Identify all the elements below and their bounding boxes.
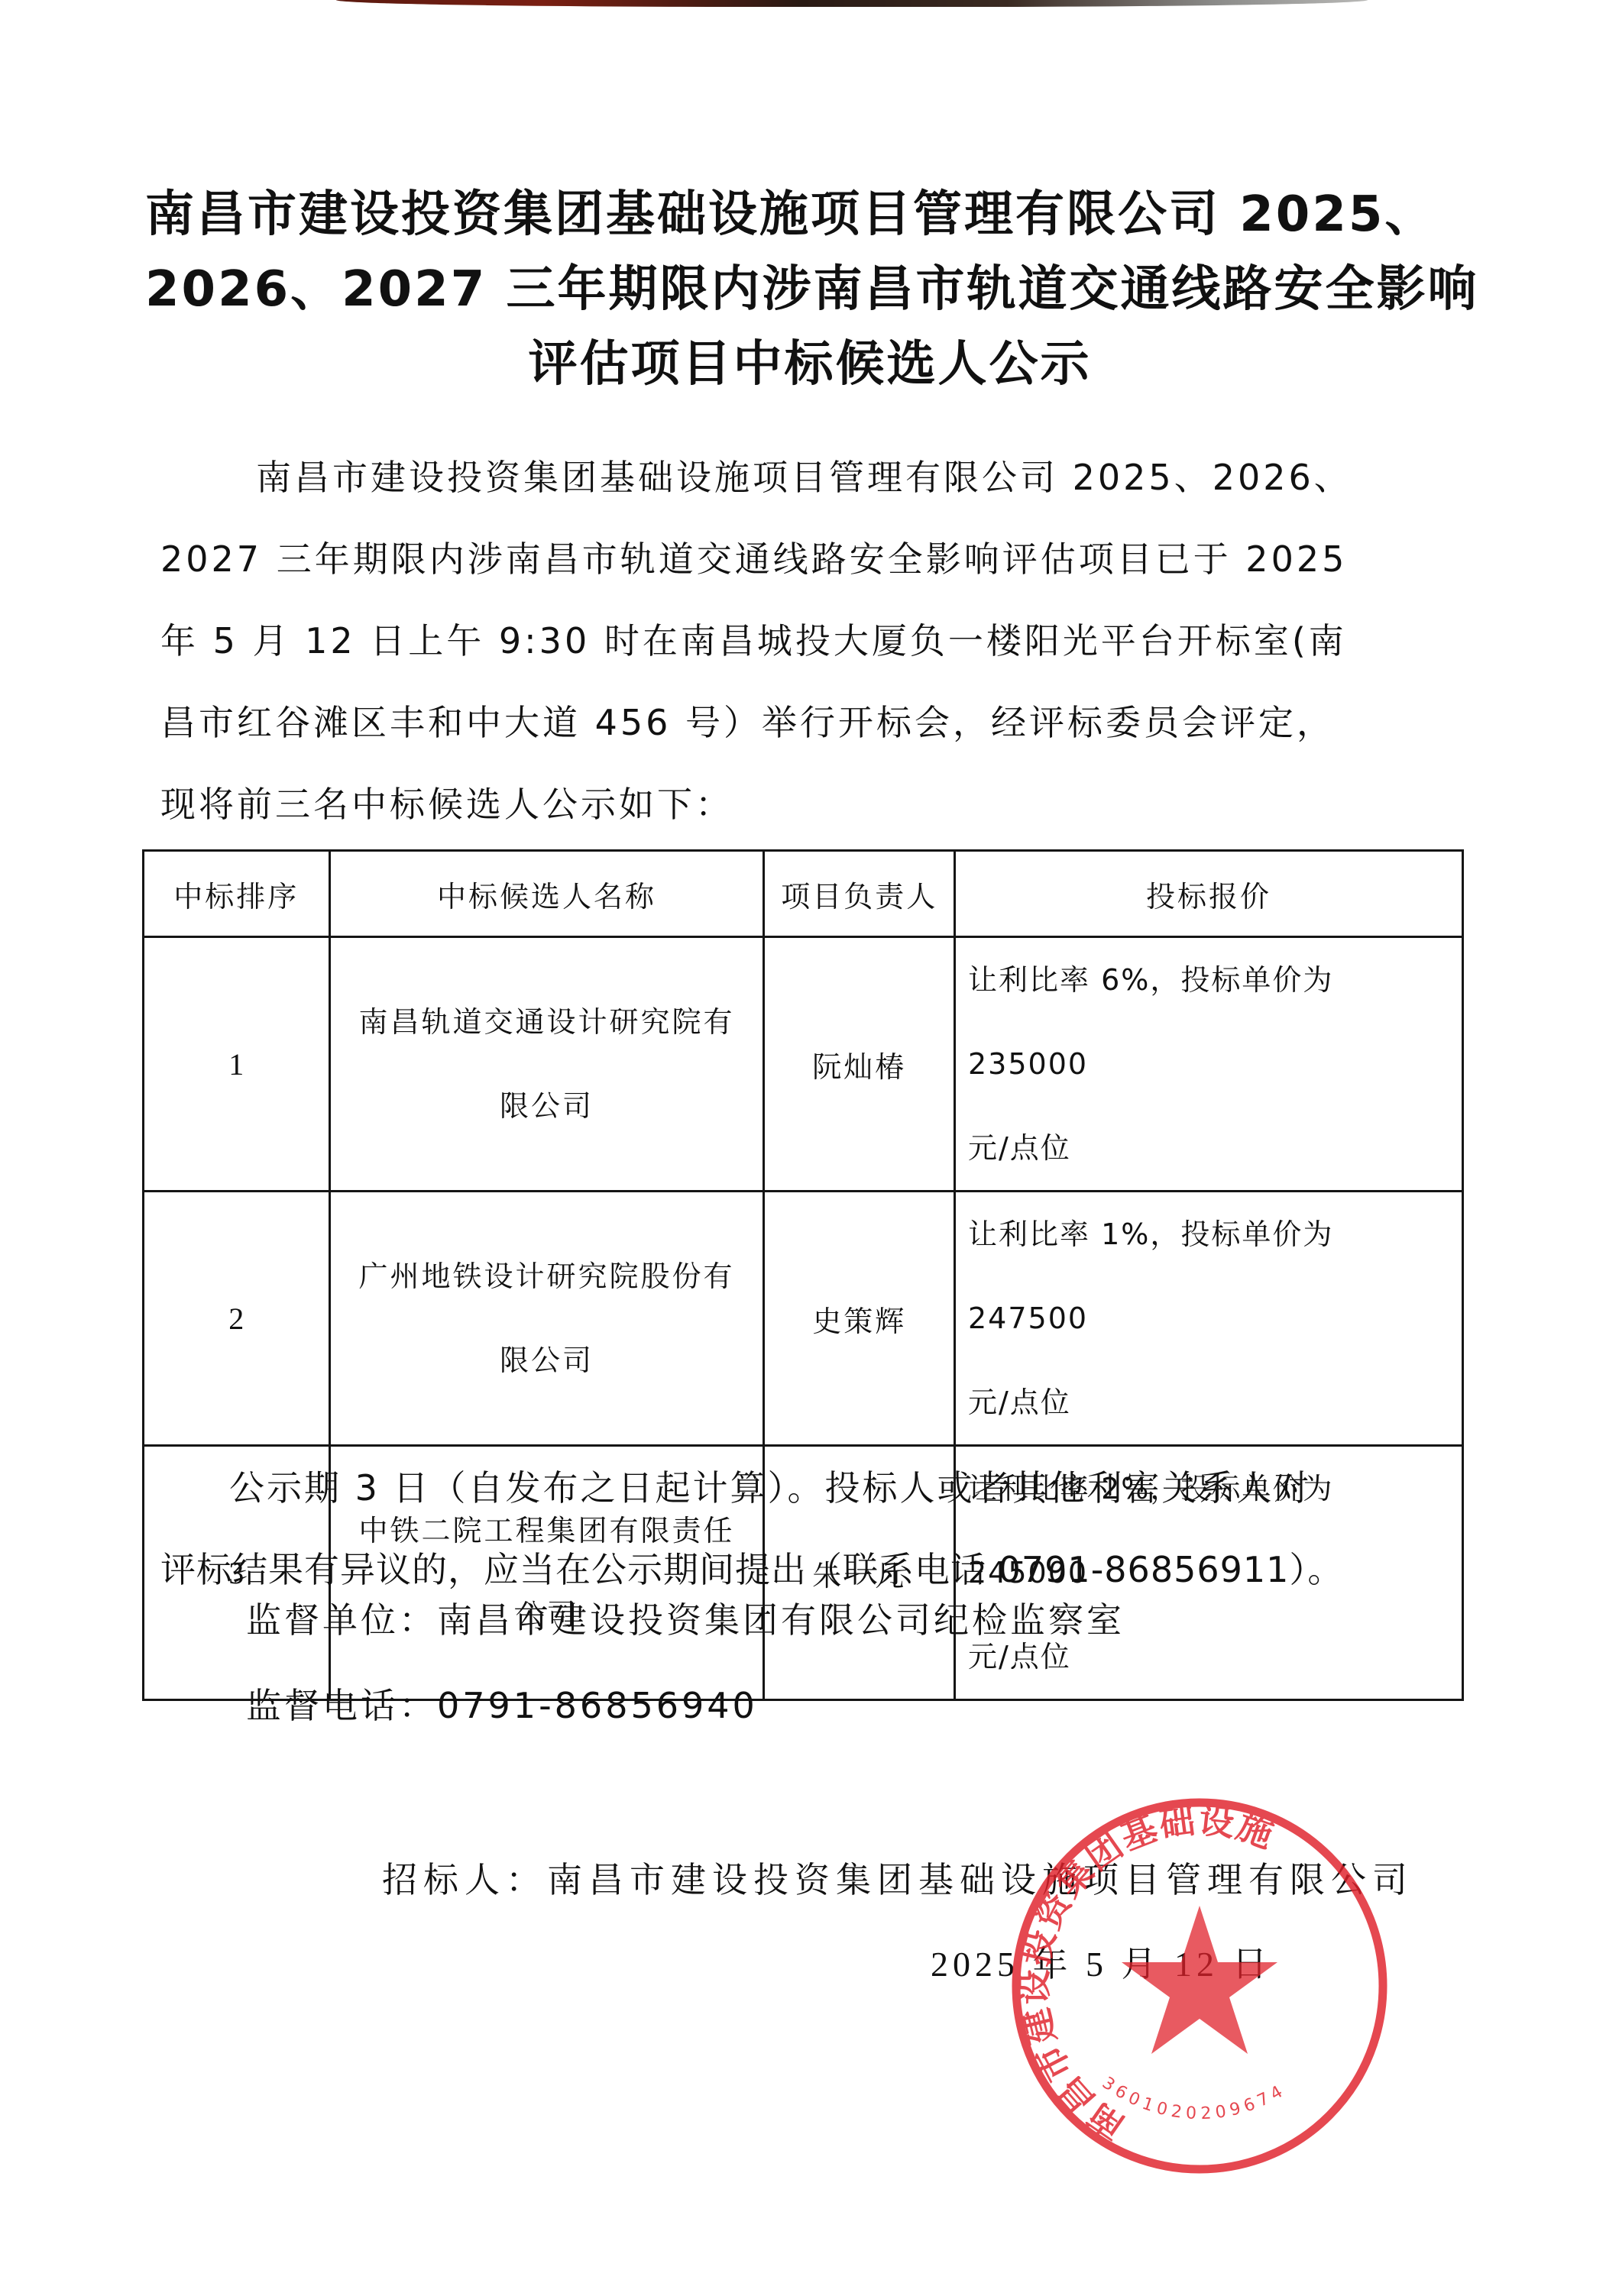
header-project-leader: 项目负责人 <box>764 851 955 937</box>
title-line-1: 南昌市建设投资集团基础设施项目管理有限公司 2025、 <box>145 177 1475 252</box>
svg-text:3601020209674: 3601020209674 <box>1099 2074 1290 2124</box>
intro-line-2: 2027 三年期限内涉南昌市轨道交通线路安全影响评估项目已于 2025 <box>160 519 1471 600</box>
rank-cell: 2 <box>144 1192 330 1446</box>
intro-line-3: 年 5 月 12 日上午 9:30 时在南昌城投大厦负一楼阳光平台开标室(南 <box>160 600 1471 682</box>
bid-line-2: 元/点位 <box>968 1360 1462 1444</box>
bid-line-1: 让利比率 6%，投标单价为 235000 <box>968 938 1462 1106</box>
candidate-name-line-1: 广州地铁设计研究院股份有 <box>331 1234 763 1318</box>
project-leader-cell: 阮灿椿 <box>764 937 955 1192</box>
intro-paragraph: 南昌市建设投资集团基础设施项目管理有限公司 2025、2026、 2027 三年… <box>180 437 1471 846</box>
candidate-name-cell: 南昌轨道交通设计研究院有 限公司 <box>329 937 764 1192</box>
bid-line-2: 元/点位 <box>968 1106 1462 1190</box>
bid-price-cell: 让利比率 6%，投标单价为 235000 元/点位 <box>955 937 1463 1192</box>
intro-line-5: 现将前三名中标候选人公示如下： <box>160 764 1471 846</box>
candidate-name-cell: 广州地铁设计研究院股份有 限公司 <box>329 1192 764 1446</box>
title-line-2: 2026、2027 三年期限内涉南昌市轨道交通线路安全影响 <box>145 252 1475 327</box>
table-row: 2 广州地铁设计研究院股份有 限公司 史策辉 让利比率 1%，投标单价为 247… <box>144 1192 1463 1446</box>
seal-code: 3601020209674 <box>1099 2074 1290 2124</box>
bid-price-cell: 让利比率 1%，投标单价为 247500 元/点位 <box>955 1192 1463 1446</box>
table-row: 1 南昌轨道交通设计研究院有 限公司 阮灿椿 让利比率 6%，投标单价为 235… <box>144 937 1463 1192</box>
top-edge-shadow <box>336 0 1368 7</box>
table-header-row: 中标排序 中标候选人名称 项目负责人 投标报价 <box>144 851 1463 937</box>
rank-cell: 1 <box>144 937 330 1192</box>
notice-line-1: 公示期 3 日（自发布之日起计算）。投标人或者其他利害关系人对 <box>160 1447 1475 1529</box>
header-rank: 中标排序 <box>144 851 330 937</box>
header-candidate-name: 中标候选人名称 <box>329 851 764 937</box>
header-bid-price: 投标报价 <box>955 851 1463 937</box>
candidate-name-line-1: 南昌轨道交通设计研究院有 <box>331 980 763 1064</box>
project-leader-cell: 史策辉 <box>764 1192 955 1446</box>
tenderer-signature: 招标人：南昌市建设投资集团基础设施项目管理有限公司 <box>382 1852 1413 1903</box>
page-title: 南昌市建设投资集团基础设施项目管理有限公司 2025、 2026、2027 三年… <box>145 177 1475 402</box>
candidate-name-line-2: 限公司 <box>331 1318 763 1402</box>
title-line-3: 评估项目中标候选人公示 <box>145 327 1475 402</box>
notice-paragraph: 公示期 3 日（自发布之日起计算）。投标人或者其他利害关系人对 评标结果有异议的… <box>160 1447 1475 1611</box>
supervisor-unit: 监督单位：南昌市建设投资集团有限公司纪检监察室 <box>246 1593 1125 1643</box>
intro-line-1: 南昌市建设投资集团基础设施项目管理有限公司 2025、2026、 <box>180 437 1471 519</box>
signature-date: 2025 年 5 月 12 日 <box>931 1936 1272 1987</box>
supervisor-phone: 监督电话：0791-86856940 <box>246 1678 758 1728</box>
bid-line-1: 让利比率 1%，投标单价为 247500 <box>968 1192 1462 1360</box>
candidate-name-line-2: 限公司 <box>331 1064 763 1148</box>
intro-line-4: 昌市红谷滩区丰和中大道 456 号）举行开标会，经评标委员会评定， <box>160 682 1471 764</box>
